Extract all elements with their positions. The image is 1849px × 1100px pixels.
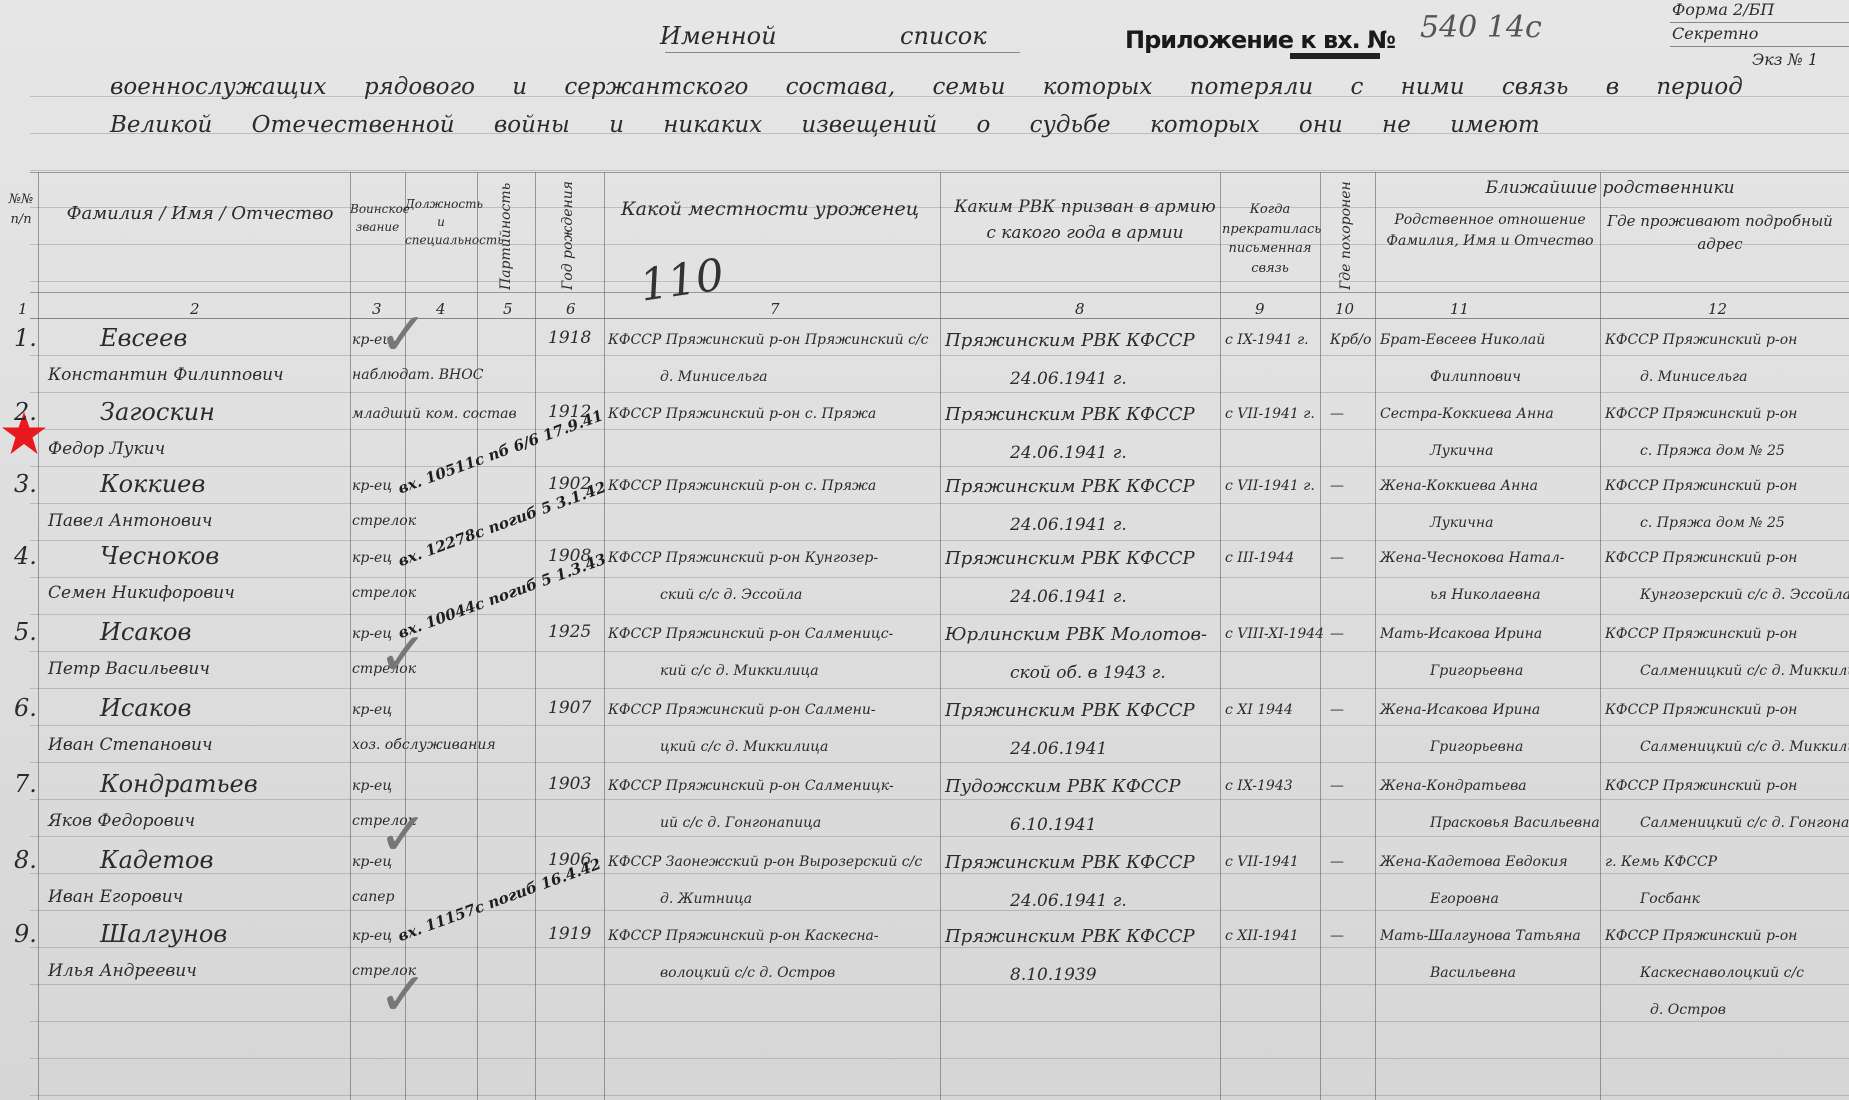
row-number: 8. bbox=[14, 846, 37, 874]
burial-place: — bbox=[1330, 626, 1344, 642]
col-header-8: Каким РВК призван в армию с какого года … bbox=[950, 195, 1220, 246]
address-line-2: Салменицкий с/с д. Миккилица bbox=[1640, 739, 1849, 755]
col-header-7: Какой местности уроженец bbox=[620, 195, 920, 224]
lost-contact-date: с IX-1941 г. bbox=[1225, 332, 1309, 348]
col-num: 7 bbox=[770, 300, 780, 318]
check-mark: ✓ bbox=[378, 300, 428, 370]
address-line-1: КФССР Пряжинский р-он bbox=[1605, 332, 1797, 348]
grid-line bbox=[1220, 172, 1221, 1100]
relative-name: Жена-Кадетова Евдокия bbox=[1380, 854, 1568, 870]
rvk-line-1: Пряжинским РВК КФССР bbox=[945, 404, 1195, 425]
form-underline bbox=[1670, 22, 1849, 23]
relative-name: Жена-Чеснокова Натал- bbox=[1380, 550, 1564, 566]
col-header-9: Когда прекратилась письменная связь bbox=[1222, 200, 1318, 278]
name-patronymic: Яков Федорович bbox=[48, 811, 195, 831]
title-underline bbox=[665, 52, 1020, 53]
birthplace-line-2: кий с/с д. Миккилица bbox=[660, 663, 819, 679]
col-num: 6 bbox=[566, 300, 576, 318]
rvk-line-1: Пряжинским РВК КФССР bbox=[945, 852, 1195, 873]
row-number: 4. bbox=[14, 542, 37, 570]
appendix-underline bbox=[1290, 53, 1380, 59]
name-patronymic: Семен Никифорович bbox=[48, 583, 235, 603]
address-line-2: Каскеснаволоцкий с/с bbox=[1640, 965, 1804, 981]
check-mark: ✓ bbox=[378, 620, 428, 690]
rank: кр-ец bbox=[352, 928, 392, 944]
relative-patronymic: Филиппович bbox=[1430, 369, 1521, 385]
doc-title-left: Именной bbox=[660, 22, 777, 50]
col-header-12: Где проживают подробный адрес bbox=[1605, 210, 1835, 255]
rvk-line-2: 24.06.1941 г. bbox=[1010, 443, 1127, 463]
row-number: 3. bbox=[14, 470, 37, 498]
name-patronymic: Илья Андреевич bbox=[48, 961, 197, 981]
relative-name: Жена-Кондратьева bbox=[1380, 778, 1527, 794]
position: хоз. обслуживания bbox=[352, 737, 496, 753]
grid-line bbox=[350, 172, 351, 1100]
relative-patronymic: ья Николаевна bbox=[1430, 587, 1541, 603]
rvk-line-1: Пряжинским РВК КФССР bbox=[945, 548, 1195, 569]
birthplace-line-1: КФССР Пряжинский р-он Салмени- bbox=[608, 702, 876, 718]
lost-contact-date: с VIII-XI-1944 bbox=[1225, 626, 1324, 642]
burial-place: — bbox=[1330, 854, 1344, 870]
birthplace-line-1: КФССР Пряжинский р-он с. Пряжа bbox=[608, 406, 876, 422]
subtitle-line-2: Великой Отечественной войны и никаких из… bbox=[110, 112, 1540, 138]
address-line-1: КФССР Пряжинский р-он bbox=[1605, 406, 1797, 422]
col-header-11: Родственное отношение Фамилия, Имя и Отч… bbox=[1380, 210, 1600, 252]
row-number: 9. bbox=[14, 920, 37, 948]
address-line-2: Салменицкий с/с д. Миккилица bbox=[1640, 663, 1849, 679]
rvk-line-2: 24.06.1941 г. bbox=[1010, 891, 1127, 911]
relative-patronymic: Григорьевна bbox=[1430, 739, 1523, 755]
birthplace-line-2: д. Житница bbox=[660, 891, 752, 907]
lost-contact-date: с III-1944 bbox=[1225, 550, 1294, 566]
surname: Кондратьев bbox=[100, 770, 258, 798]
name-patronymic: Константин Филиппович bbox=[48, 365, 284, 385]
rank: кр-ец bbox=[352, 478, 392, 494]
col-header-2: Фамилия / Имя / Отчество bbox=[60, 200, 340, 227]
birthplace-line-1: КФССР Пряжинский р-он Пряжинский с/с bbox=[608, 332, 929, 348]
birth-year: 1918 bbox=[548, 328, 591, 348]
relative-patronymic: Лукична bbox=[1430, 443, 1493, 459]
burial-place: — bbox=[1330, 406, 1344, 422]
burial-place: — bbox=[1330, 778, 1344, 794]
birthplace-line-1: КФССР Заонежский р-он Вырозерский с/с bbox=[608, 854, 922, 870]
rank: кр-ец bbox=[352, 778, 392, 794]
grid-line bbox=[477, 172, 478, 1100]
birthplace-line-1: КФССР Пряжинский р-он Кунгозер- bbox=[608, 550, 878, 566]
classification-label: Секретно bbox=[1672, 24, 1758, 43]
position: стрелок bbox=[352, 513, 416, 529]
rank: кр-ец bbox=[352, 702, 392, 718]
col-header-5: Партийность bbox=[498, 183, 514, 290]
relative-name: Жена-Исакова Ирина bbox=[1380, 702, 1540, 718]
birthplace-line-2: волоцкий с/с д. Остров bbox=[660, 965, 835, 981]
name-patronymic: Федор Лукич bbox=[48, 439, 165, 459]
lost-contact-date: с VII-1941 г. bbox=[1225, 406, 1315, 422]
row-number: 7. bbox=[14, 770, 37, 798]
birthplace-line-1: КФССР Пряжинский р-он Салменицк- bbox=[608, 778, 894, 794]
rvk-line-2: ской об. в 1943 г. bbox=[1010, 663, 1166, 683]
lost-contact-date: с VII-1941 г. bbox=[1225, 478, 1315, 494]
copy-number: Экз № 1 bbox=[1752, 50, 1818, 69]
name-patronymic: Петр Васильевич bbox=[48, 659, 210, 679]
address-line-1: КФССР Пряжинский р-он bbox=[1605, 550, 1797, 566]
row-number: 5. bbox=[14, 618, 37, 646]
relative-name: Мать-Шалгунова Татьяна bbox=[1380, 928, 1581, 944]
address-line-1: г. Кемь КФССР bbox=[1605, 854, 1717, 870]
birth-year: 1903 bbox=[548, 774, 591, 794]
grid-line bbox=[1375, 172, 1376, 1100]
address-line-3: д. Остров bbox=[1650, 1002, 1726, 1018]
birthplace-line-1: КФССР Пряжинский р-он Каскесна- bbox=[608, 928, 879, 944]
relative-patronymic: Егоровна bbox=[1430, 891, 1499, 907]
rvk-line-1: Пряжинским РВК КФССР bbox=[945, 330, 1195, 351]
lost-contact-date: с XII-1941 bbox=[1225, 928, 1299, 944]
address-line-2: д. Минисельга bbox=[1640, 369, 1747, 385]
address-line-2: Салменицкий с/с д. Гонгонапица bbox=[1640, 815, 1849, 831]
rvk-line-2: 24.06.1941 bbox=[1010, 739, 1107, 759]
grid-line bbox=[940, 172, 941, 1100]
lost-contact-date: с IX-1943 bbox=[1225, 778, 1293, 794]
address-line-1: КФССР Пряжинский р-он bbox=[1605, 478, 1797, 494]
grid-line bbox=[604, 172, 605, 1100]
col-num: 4 bbox=[436, 300, 446, 318]
name-patronymic: Иван Степанович bbox=[48, 735, 213, 755]
rvk-line-1: Пряжинским РВК КФССР bbox=[945, 476, 1195, 497]
address-line-2: Кунгозерский с/с д. Эссойла bbox=[1640, 587, 1849, 603]
row-number: 2. bbox=[14, 398, 37, 426]
col-num: 1 bbox=[18, 300, 28, 318]
rvk-line-2: 8.10.1939 bbox=[1010, 965, 1097, 985]
form-label: Форма 2/БП bbox=[1672, 0, 1774, 19]
secret-underline bbox=[1670, 46, 1849, 47]
doc-title-right: список bbox=[900, 22, 987, 50]
address-line-2: с. Пряжа дом № 25 bbox=[1640, 443, 1785, 459]
check-mark: ✓ bbox=[378, 800, 428, 870]
rank: младший ком. состав bbox=[352, 406, 517, 422]
grid-line bbox=[1600, 172, 1601, 1100]
rvk-line-2: 24.06.1941 г. bbox=[1010, 515, 1127, 535]
burial-place: — bbox=[1330, 702, 1344, 718]
lost-contact-date: с VII-1941 bbox=[1225, 854, 1299, 870]
col-header-4: Должность и специальность bbox=[405, 195, 477, 249]
grid-line bbox=[535, 172, 536, 1100]
birth-year: 1925 bbox=[548, 622, 591, 642]
birthplace-line-2: ий с/с д. Гонгонапица bbox=[660, 815, 821, 831]
col-num: 10 bbox=[1335, 300, 1354, 318]
name-patronymic: Иван Егорович bbox=[48, 887, 183, 907]
col-header-3: Воинское звание bbox=[350, 200, 405, 236]
row-number: 6. bbox=[14, 694, 37, 722]
burial-place: — bbox=[1330, 550, 1344, 566]
surname: Чесноков bbox=[100, 542, 219, 570]
incoming-number: 540 14с bbox=[1420, 10, 1542, 45]
surname: Шалгунов bbox=[100, 920, 227, 948]
position: стрелок bbox=[352, 585, 416, 601]
col-num: 8 bbox=[1075, 300, 1085, 318]
address-line-1: КФССР Пряжинский р-он bbox=[1605, 778, 1797, 794]
surname: Исаков bbox=[100, 694, 191, 722]
lost-contact-date: с XI 1944 bbox=[1225, 702, 1293, 718]
birth-year: 1919 bbox=[548, 924, 591, 944]
surname: Коккиев bbox=[100, 470, 205, 498]
col-num: 9 bbox=[1255, 300, 1265, 318]
birth-year: 1907 bbox=[548, 698, 591, 718]
surname: Загоскин bbox=[100, 398, 215, 426]
relative-patronymic: Прасковья Васильевна bbox=[1430, 815, 1600, 831]
relative-name: Сестра-Коккиева Анна bbox=[1380, 406, 1554, 422]
burial-place: — bbox=[1330, 478, 1344, 494]
archive-document-sheet: Именной список Приложение к вх. № 540 14… bbox=[0, 0, 1849, 1100]
row-number: 1. bbox=[14, 324, 37, 352]
relative-name: Брат-Евсеев Николай bbox=[1380, 332, 1545, 348]
col-num: 2 bbox=[190, 300, 200, 318]
surname: Евсеев bbox=[100, 324, 187, 352]
address-line-1: КФССР Пряжинский р-он bbox=[1605, 702, 1797, 718]
birthplace-line-1: КФССР Пряжинский р-он Салменицс- bbox=[608, 626, 893, 642]
grid-line bbox=[38, 172, 39, 1100]
address-line-2: Госбанк bbox=[1640, 891, 1700, 907]
rvk-line-2: 24.06.1941 г. bbox=[1010, 587, 1127, 607]
surname: Исаков bbox=[100, 618, 191, 646]
col-num: 11 bbox=[1450, 300, 1469, 318]
subtitle-line-1: военнослужащих рядового и сержантского с… bbox=[110, 74, 1743, 100]
check-mark: ✓ bbox=[378, 960, 428, 1030]
burial-place: Крб/о bbox=[1330, 332, 1372, 348]
relative-patronymic: Васильевна bbox=[1430, 965, 1516, 981]
birthplace-line-2: ский с/с д. Эссойла bbox=[660, 587, 802, 603]
relative-patronymic: Григорьевна bbox=[1430, 663, 1523, 679]
position: сапер bbox=[352, 889, 394, 905]
relative-name: Жена-Коккиева Анна bbox=[1380, 478, 1538, 494]
col-header-1: №№ п/п bbox=[4, 190, 38, 229]
rank: кр-ец bbox=[352, 550, 392, 566]
surname: Кадетов bbox=[100, 846, 213, 874]
rvk-line-1: Пряжинским РВК КФССР bbox=[945, 700, 1195, 721]
birthplace-line-1: КФССР Пряжинский р-он с. Пряжа bbox=[608, 478, 876, 494]
rvk-line-1: Пряжинским РВК КФССР bbox=[945, 926, 1195, 947]
relative-patronymic: Лукична bbox=[1430, 515, 1493, 531]
relatives-group-header: Ближайшие родственники bbox=[1380, 176, 1840, 202]
col-header-10: Где похоронен bbox=[1338, 181, 1354, 290]
name-patronymic: Павел Антонович bbox=[48, 511, 212, 531]
birthplace-line-2: д. Минисельга bbox=[660, 369, 767, 385]
birthplace-line-2: цкий с/с д. Миккилица bbox=[660, 739, 828, 755]
appendix-label: Приложение к вх. № bbox=[1125, 26, 1395, 54]
burial-place: — bbox=[1330, 928, 1344, 944]
rvk-line-1: Пудожским РВК КФССР bbox=[945, 776, 1180, 797]
rvk-line-2: 24.06.1941 г. bbox=[1010, 369, 1127, 389]
address-line-1: КФССР Пряжинский р-он bbox=[1605, 626, 1797, 642]
rvk-line-2: 6.10.1941 bbox=[1010, 815, 1097, 835]
address-line-1: КФССР Пряжинский р-он bbox=[1605, 928, 1797, 944]
rvk-line-1: Юрлинским РВК Молотов- bbox=[945, 624, 1207, 645]
col-num: 12 bbox=[1708, 300, 1727, 318]
address-line-2: с. Пряжа дом № 25 bbox=[1640, 515, 1785, 531]
col-header-6: Год рождения bbox=[560, 181, 576, 290]
relative-name: Мать-Исакова Ирина bbox=[1380, 626, 1542, 642]
col-num: 5 bbox=[503, 300, 513, 318]
